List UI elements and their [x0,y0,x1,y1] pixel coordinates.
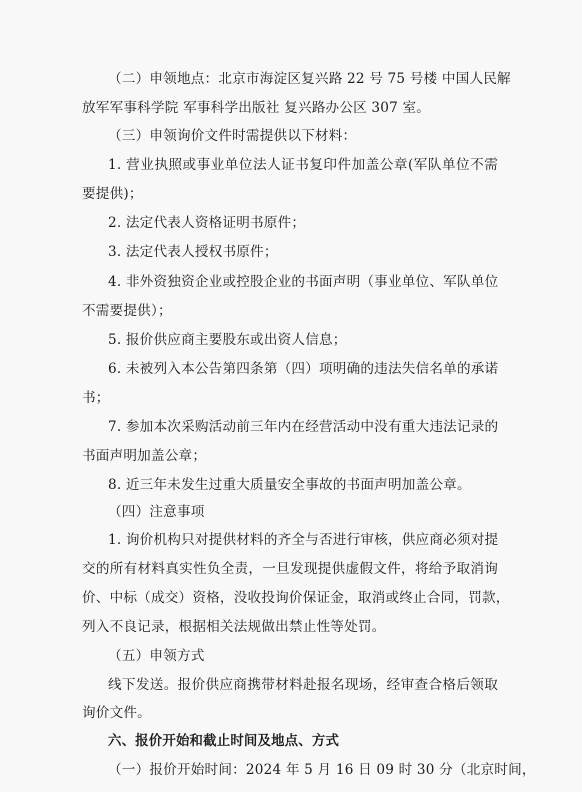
paragraph-line: 1. 营业执照或事业单位法人证书复印件加盖公章(军队单位不需 [108,156,498,174]
paragraph-line: 3. 法定代表人授权书原件； [108,243,498,261]
paragraph-line: 书面声明加盖公章； [82,447,498,465]
paragraph-line: 列入不良记录，根据相关法规做出禁止性等处罚。 [82,618,498,636]
paragraph-line: 交的所有材料真实性负全责，一旦发现提供虚假文件，将给予取消询 [82,560,498,578]
paragraph-line: 放军军事科学院 军事科学出版社 复兴路办公区 307 室。 [82,99,498,117]
paragraph-line: （三）申领询价文件时需提供以下材料： [108,127,498,145]
paragraph-line: 1. 询价机构只对提供材料的齐全与否进行审核，供应商必须对提 [108,531,498,549]
paragraph-line: 8. 近三年未发生过重大质量安全事故的书面声明加盖公章。 [108,476,498,494]
paragraph-line: 7. 参加本次采购活动前三年内在经营活动中没有重大违法记录的 [108,418,498,436]
paragraph-line: 5. 报价供应商主要股东或出资人信息； [108,331,498,349]
document-page: （二）申领地点：北京市海淀区复兴路 22 号 75 号楼 中国人民解放军军事科学… [0,0,582,792]
paragraph-line: 询价文件。 [82,704,498,722]
paragraph-line: 书； [82,389,498,407]
paragraph-line: （四）注意事项 [108,503,498,521]
paragraph-line: （五）申领方式 [108,647,498,665]
paragraph-line: （一）报价开始时间：2024 年 5 月 16 日 09 时 30 分（北京时间… [108,761,498,779]
paragraph-line: 4. 非外资独资企业或控股企业的书面声明（事业单位、军队单位 [108,273,498,291]
paragraph-line: 不需要提供）； [82,302,498,320]
paragraph-line: 2. 法定代表人资格证明书原件； [108,214,498,232]
section-heading: 六、报价开始和截止时间及地点、方式 [108,733,498,751]
paragraph-line: （二）申领地点：北京市海淀区复兴路 22 号 75 号楼 中国人民解 [108,70,498,88]
paragraph-line: 线下发送。报价供应商携带材料赴报名现场，经审查合格后领取 [108,676,498,694]
paragraph-line: 要提供)； [82,185,498,203]
paragraph-line: 6. 未被列入本公告第四条第（四）项明确的违法失信名单的承诺 [108,360,498,378]
paragraph-line: 价、中标（成交）资格，没收投询价保证金，取消或终止合同，罚款， [82,589,498,607]
